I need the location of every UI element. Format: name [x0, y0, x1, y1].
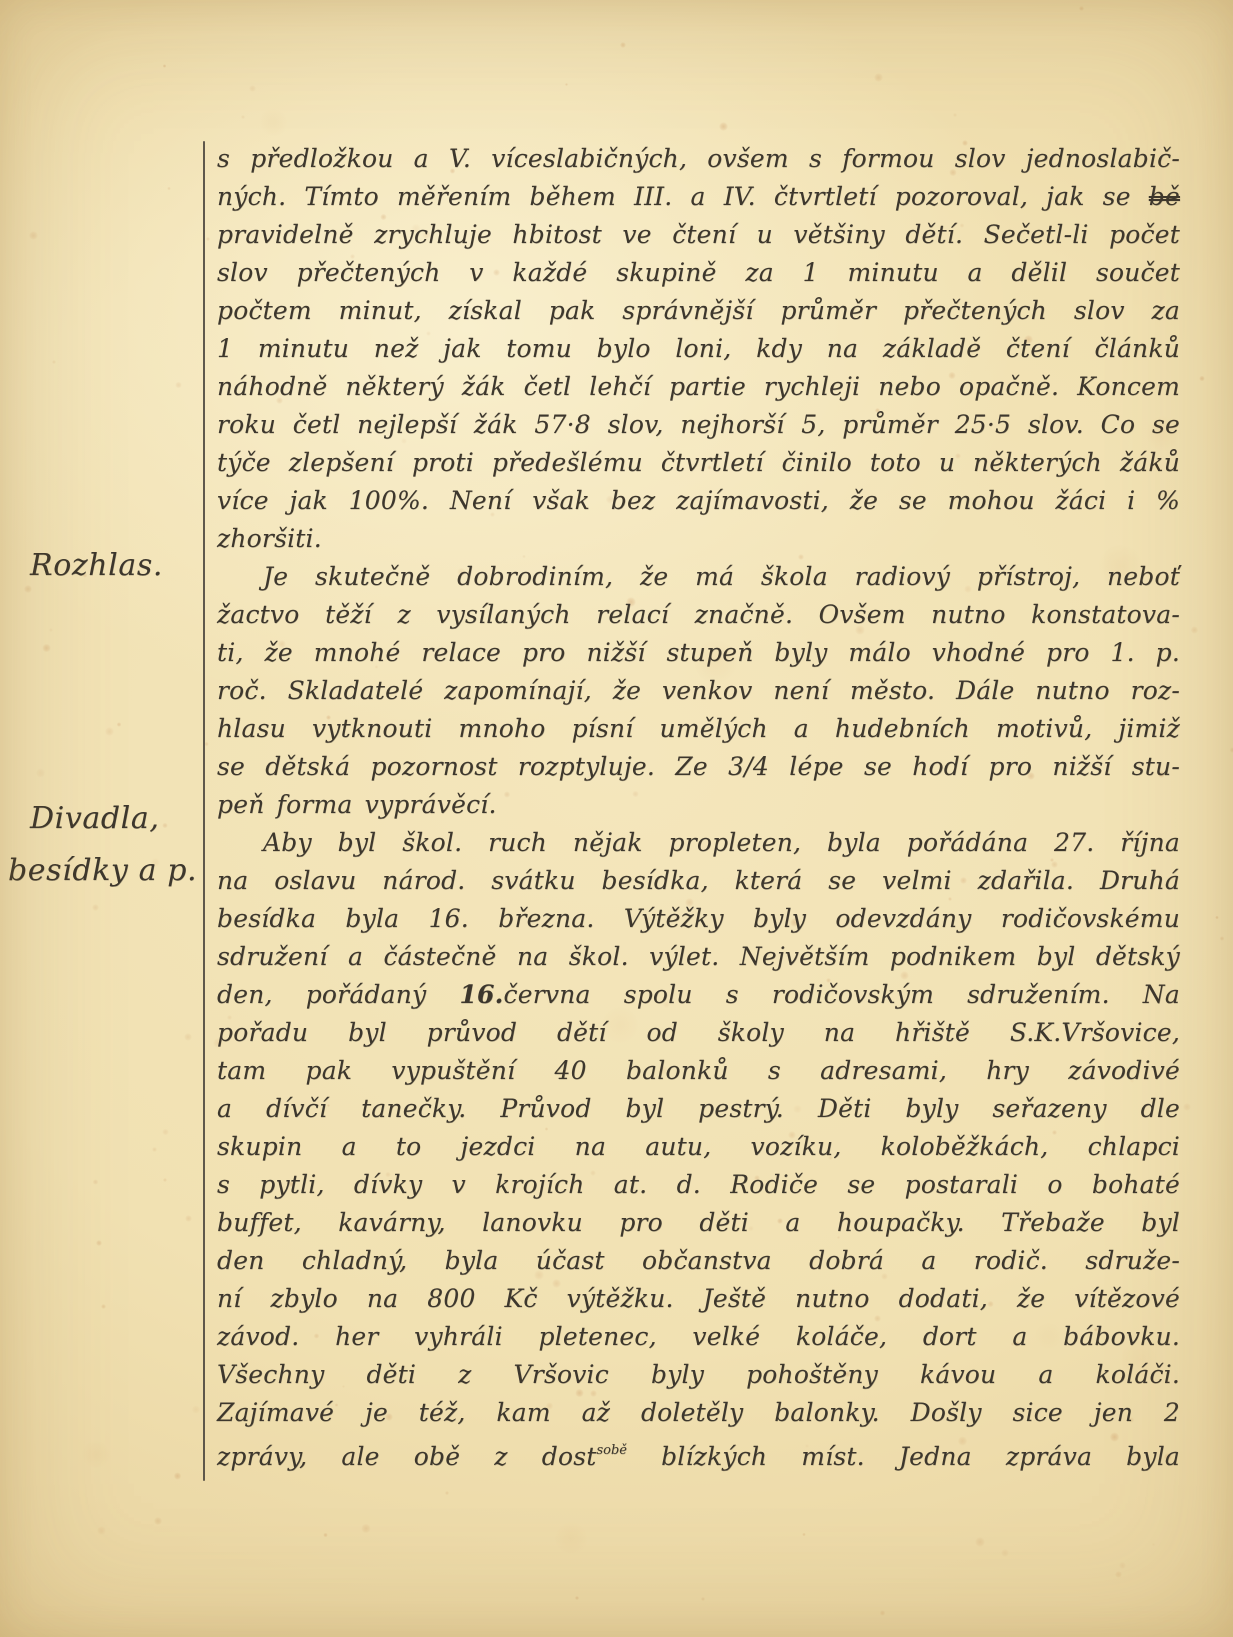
- foxing-spot: [953, 113, 957, 117]
- margin-note-rozhlas: Rozhlas.: [30, 548, 163, 583]
- text-segment: ných. Tímto měřením během III. a IV. čtv…: [217, 182, 1149, 211]
- emphasized-text: 16.: [459, 980, 503, 1009]
- text-segment: den, pořádaný: [217, 980, 459, 1009]
- text-line: s předložkou a V. víceslabičných, ovšem …: [217, 140, 1180, 178]
- text-segment: zprávy, ale obě z dost: [217, 1442, 596, 1471]
- text-segment: zhoršiti.: [217, 524, 322, 553]
- foxing-spot: [1079, 6, 1084, 11]
- foxing-spot: [162, 1129, 168, 1135]
- text-line: počtem minut, získal pak správnější prům…: [217, 292, 1180, 330]
- text-segment: pořadu byl průvod dětí od školy na hřišt…: [217, 1018, 1180, 1047]
- foxing-spot: [1215, 916, 1219, 920]
- text-line: ní zbylo na 800 Kč výtěžku. Ještě nutno …: [217, 1280, 1180, 1318]
- foxing-spot: [1230, 747, 1233, 753]
- foxing-spot: [323, 1533, 327, 1537]
- text-segment: sdružení a částečně na škol. výlet. Nejv…: [217, 942, 1180, 971]
- text-segment: ti, že mnohé relace pro nižší stupeň byl…: [217, 638, 1180, 667]
- text-line: slov přečtených v každé skupině za 1 min…: [217, 254, 1180, 292]
- foxing-spot: [152, 1147, 157, 1152]
- margin-note-besidky: besídky a p.: [8, 853, 197, 888]
- foxing-spot: [620, 42, 626, 48]
- text-segment: slov přečtených v každé skupině za 1 min…: [217, 258, 1180, 287]
- text-segment: závod. her vyhráli pletenec, velké koláč…: [217, 1322, 1180, 1351]
- foxing-spot: [802, 1533, 805, 1536]
- text-line: ných. Tímto měřením během III. a IV. čtv…: [217, 178, 1180, 216]
- foxing-spot: [1152, 1543, 1155, 1546]
- text-line: Aby byl škol. ruch nějak propleten, byla…: [217, 824, 1180, 862]
- foxing-spot: [575, 1596, 579, 1600]
- text-segment: se dětská pozornost rozptyluje. Ze 3/4 l…: [217, 752, 1180, 781]
- text-segment: tam pak vypuštění 40 balonků s adresami,…: [217, 1056, 1180, 1085]
- foxing-spot: [565, 83, 568, 86]
- text-segment: 1 minutu než jak tomu bylo loni, kdy na …: [217, 334, 1180, 363]
- foxing-spot: [42, 644, 50, 652]
- foxing-spot: [93, 1179, 99, 1185]
- text-line: peň forma vyprávěcí.: [217, 786, 1180, 824]
- text-segment: týče zlepšení proti předešlému čtvrtletí…: [217, 448, 1180, 477]
- text-segment: roč. Skladatelé zapomínají, že venkov ne…: [217, 676, 1180, 705]
- text-line: tam pak vypuštění 40 balonků s adresami,…: [217, 1052, 1180, 1090]
- foxing-spot: [174, 1472, 181, 1479]
- foxing-spot: [241, 115, 245, 119]
- text-line: 1 minutu než jak tomu bylo loni, kdy na …: [217, 330, 1180, 368]
- foxing-spot: [206, 237, 210, 241]
- text-line: na oslavu národ. svátku besídka, která s…: [217, 862, 1180, 900]
- text-line: zprávy, ale obě z dostsobě blízkých míst…: [217, 1432, 1180, 1470]
- text-segment: besídka byla 16. března. Výtěžky byly od…: [217, 904, 1180, 933]
- foxing-spot: [975, 1537, 985, 1547]
- foxing-spot: [92, 904, 99, 911]
- foxing-spot: [1199, 376, 1205, 382]
- text-line: a dívčí tanečky. Průvod byl pestrý. Děti…: [217, 1090, 1180, 1128]
- foxing-spot: [1220, 936, 1225, 941]
- text-line: Je skutečně dobrodiním, že má škola radi…: [217, 558, 1180, 596]
- text-line: sdružení a částečně na škol. výlet. Nejv…: [217, 938, 1180, 976]
- foxing-spot: [96, 1240, 102, 1246]
- text-segment: počtem minut, získal pak správnější prům…: [217, 296, 1180, 325]
- foxing-spot: [52, 360, 56, 364]
- foxing-spot: [701, 1597, 705, 1601]
- foxing-spot: [719, 122, 729, 132]
- text-line: se dětská pozornost rozptyluje. Ze 3/4 l…: [217, 748, 1180, 786]
- foxing-spot: [1115, 1571, 1122, 1578]
- text-line: závod. her vyhráli pletenec, velké koláč…: [217, 1318, 1180, 1356]
- foxing-spot: [175, 382, 182, 389]
- inserted-word: sobě: [596, 1443, 627, 1458]
- foxing-spot: [184, 1033, 192, 1041]
- text-line: besídka byla 16. března. Výtěžky byly od…: [217, 900, 1180, 938]
- text-segment: více jak 100%. Není však bez zajímavosti…: [217, 486, 1180, 515]
- foxing-spot: [192, 1405, 200, 1413]
- text-segment: na oslavu národ. svátku besídka, která s…: [217, 866, 1180, 895]
- foxing-spot: [105, 727, 114, 736]
- text-segment: Zajímavé je též, kam až doletěly balonky…: [217, 1398, 1180, 1427]
- text-segment: Aby byl škol. ruch nějak propleten, byla…: [263, 828, 1180, 857]
- text-line: žactvo těží z vysílaných relací značně. …: [217, 596, 1180, 634]
- foxing-spot: [249, 85, 256, 92]
- text-line: hlasu vytknouti mnoho písní umělých a hu…: [217, 710, 1180, 748]
- text-segment: Je skutečně dobrodiním, že má škola radi…: [263, 562, 1180, 591]
- foxing-spot: [154, 1517, 162, 1525]
- foxing-spot: [361, 1524, 371, 1534]
- body-text: s předložkou a V. víceslabičných, ovšem …: [217, 140, 1180, 1470]
- chronicle-page: Rozhlas. Divadla, besídky a p. s předlož…: [0, 0, 1233, 1637]
- paper-blotch: [555, 1522, 587, 1554]
- foxing-spot: [49, 628, 53, 632]
- text-line: Všechny děti z Vršovic byly pohoštěny ká…: [217, 1356, 1180, 1394]
- text-segment: den chladný, byla účast občanstva dobrá …: [217, 1246, 1180, 1275]
- foxing-spot: [1183, 1103, 1191, 1111]
- paper-blotch: [260, 109, 287, 136]
- text-segment: buffet, kavárny, lanovku pro děti a houp…: [217, 1208, 1180, 1237]
- text-line: pořadu byl průvod dětí od školy na hřišt…: [217, 1014, 1180, 1052]
- foxing-spot: [163, 64, 167, 68]
- foxing-spot: [29, 231, 38, 240]
- margin-rule-line: [203, 141, 205, 1481]
- text-line: Zajímavé je též, kam až doletěly balonky…: [217, 1394, 1180, 1432]
- text-segment: Všechny děti z Vršovic byly pohoštěny ká…: [217, 1360, 1180, 1389]
- text-segment: blízkých míst. Jedna zpráva byla: [627, 1442, 1180, 1471]
- text-segment: roku četl nejlepší žák 57·8 slov, nejhor…: [217, 410, 1180, 439]
- foxing-spot: [97, 1526, 106, 1535]
- text-line: skupin a to jezdci na autu, vozíku, kolo…: [217, 1128, 1180, 1166]
- text-segment: a dívčí tanečky. Průvod byl pestrý. Děti…: [217, 1094, 1180, 1123]
- struck-out-word: bě: [1149, 182, 1180, 211]
- text-segment: žactvo těží z vysílaných relací značně. …: [217, 600, 1180, 629]
- text-line: roku četl nejlepší žák 57·8 slov, nejhor…: [217, 406, 1180, 444]
- text-line: pravidelně zrychluje hbitost ve čtení u …: [217, 216, 1180, 254]
- foxing-spot: [117, 722, 121, 726]
- foxing-spot: [445, 1491, 449, 1495]
- foxing-spot: [185, 1215, 192, 1222]
- text-segment: s pytli, dívky v krojích at. d. Rodiče s…: [217, 1170, 1180, 1199]
- foxing-spot: [1119, 1562, 1126, 1569]
- text-segment: hlasu vytknouti mnoho písní umělých a hu…: [217, 714, 1180, 743]
- foxing-spot: [167, 187, 170, 190]
- text-line: ti, že mnohé relace pro nižší stupeň byl…: [217, 634, 1180, 672]
- text-segment: s předložkou a V. víceslabičných, ovšem …: [217, 144, 1180, 173]
- text-line: týče zlepšení proti předešlému čtvrtletí…: [217, 444, 1180, 482]
- paper-blotch: [82, 1441, 110, 1469]
- foxing-spot: [36, 768, 46, 778]
- text-segment: června spolu s rodičovským sdružením. Na: [504, 980, 1180, 1009]
- text-line: více jak 100%. Není však bez zajímavosti…: [217, 482, 1180, 520]
- margin-note-divadla: Divadla,: [30, 801, 160, 836]
- foxing-spot: [1191, 626, 1198, 633]
- text-segment: náhodně některý žák četl lehčí partie ry…: [217, 372, 1180, 401]
- text-line: náhodně některý žák četl lehčí partie ry…: [217, 368, 1180, 406]
- text-segment: pravidelně zrychluje hbitost ve čtení u …: [217, 220, 1180, 249]
- paper-blotch: [1224, 1567, 1233, 1611]
- foxing-spot: [163, 1178, 167, 1182]
- text-line: buffet, kavárny, lanovku pro děti a houp…: [217, 1204, 1180, 1242]
- text-line: den, pořádaný 16.června spolu s rodičovs…: [217, 976, 1180, 1014]
- foxing-spot: [162, 823, 167, 828]
- text-line: zhoršiti.: [217, 520, 1180, 558]
- text-segment: skupin a to jezdci na autu, vozíku, kolo…: [217, 1132, 1180, 1161]
- text-segment: ní zbylo na 800 Kč výtěžku. Ještě nutno …: [217, 1284, 1180, 1313]
- text-line: den chladný, byla účast občanstva dobrá …: [217, 1242, 1180, 1280]
- text-line: roč. Skladatelé zapomínají, že venkov ne…: [217, 672, 1180, 710]
- foxing-spot: [101, 1304, 106, 1309]
- foxing-spot: [874, 73, 884, 83]
- text-line: s pytli, dívky v krojích at. d. Rodiče s…: [217, 1166, 1180, 1204]
- foxing-spot: [24, 585, 33, 594]
- text-segment: peň forma vyprávěcí.: [217, 790, 497, 819]
- foxing-spot: [880, 1610, 886, 1616]
- foxing-spot: [1001, 1549, 1010, 1558]
